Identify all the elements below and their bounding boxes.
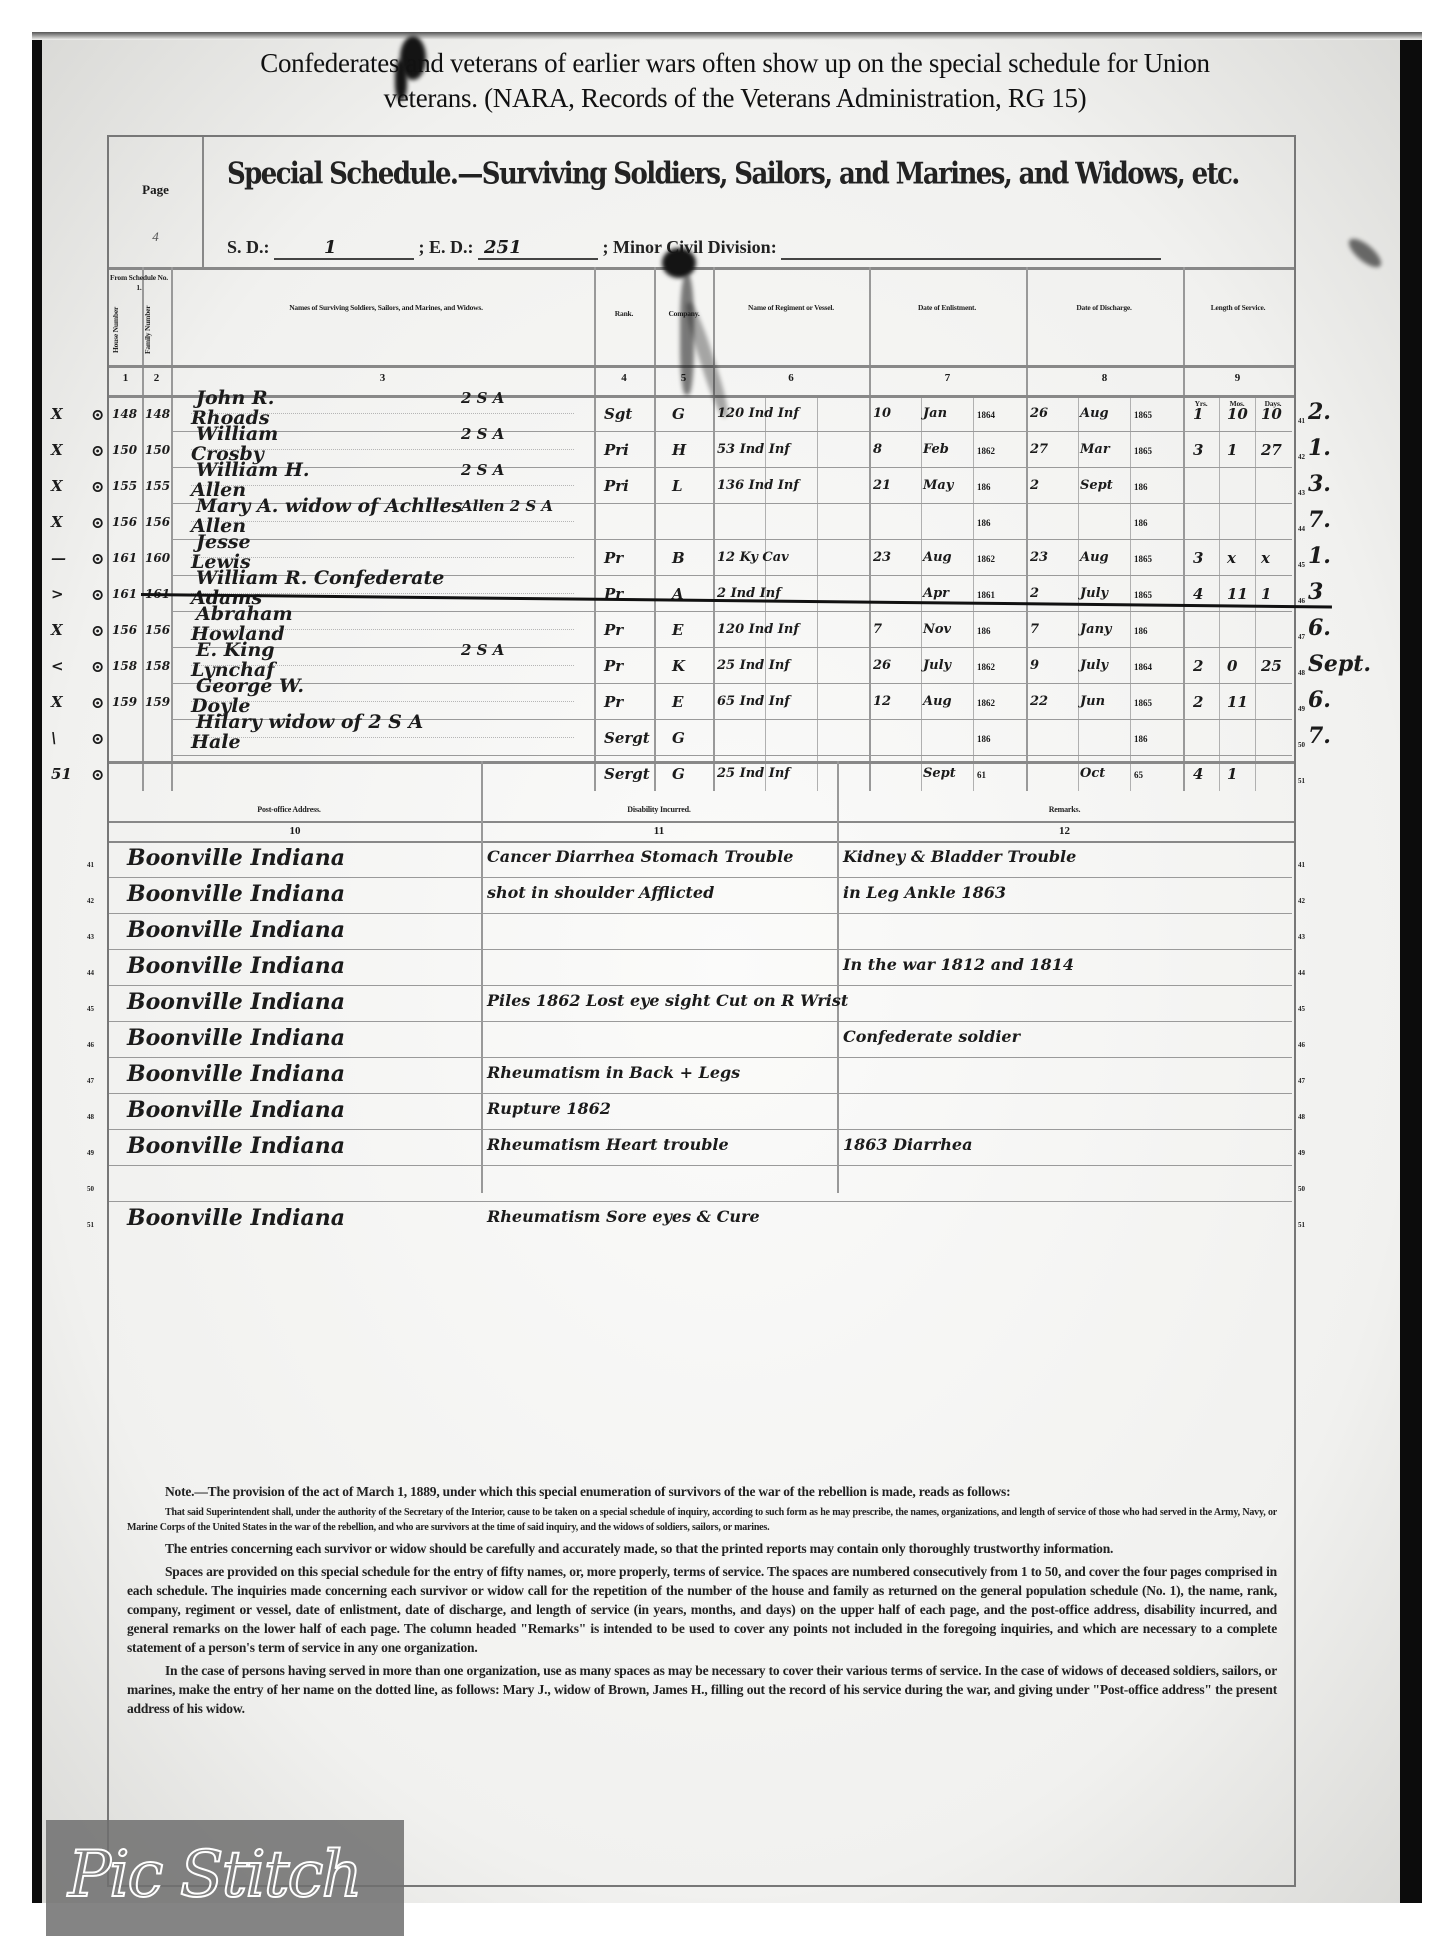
- service-months: 1: [1227, 441, 1237, 459]
- margin-mark: X: [51, 405, 63, 423]
- company: L: [672, 477, 683, 495]
- special-schedule-form: Page 4 Special Schedule.—Surviving Soldi…: [107, 135, 1296, 1887]
- row-number: 46: [1298, 1041, 1305, 1049]
- family-number: 156: [145, 515, 170, 529]
- enlistment-year: 186: [977, 734, 991, 744]
- discharge-year: 186: [1134, 482, 1148, 492]
- enlistment-day: 26: [873, 658, 891, 673]
- civil-division-field: [781, 237, 1161, 260]
- enlistment-day: 8: [873, 442, 882, 457]
- ed-value: 251: [478, 237, 598, 260]
- service-years: 2: [1193, 657, 1203, 675]
- service-days: 1: [1261, 585, 1271, 603]
- circle-mark: ⊙: [91, 477, 104, 496]
- header-discharge: Date of Discharge.: [1026, 303, 1182, 313]
- disability: shot in shoulder Afflicted: [487, 883, 714, 902]
- discharge-month: Aug: [1080, 406, 1109, 421]
- discharge-year: 186: [1134, 626, 1148, 636]
- page-cell: Page 4: [109, 137, 204, 267]
- row-number: 51: [87, 1221, 94, 1229]
- post-office-address: Boonville Indiana: [127, 1025, 345, 1051]
- right-margin-mark: 6.: [1308, 615, 1331, 641]
- row-number: 44: [1298, 969, 1305, 977]
- margin-mark: \: [51, 729, 56, 747]
- post-office-address: Boonville Indiana: [127, 881, 345, 907]
- rank: Pr: [604, 657, 623, 675]
- service-months: 1: [1227, 765, 1237, 783]
- column-number: 12: [837, 825, 1292, 837]
- row-number: 44: [87, 969, 94, 977]
- row-number: 45: [87, 1005, 94, 1013]
- right-margin-mark: 7.: [1308, 723, 1331, 749]
- row-number: 47: [1298, 633, 1305, 641]
- remarks: In the war 1812 and 1814: [843, 955, 1074, 974]
- row-number: 50: [1298, 1185, 1305, 1193]
- enlistment-month: Jan: [923, 406, 947, 421]
- company: E: [672, 693, 683, 711]
- circle-mark: ⊙: [91, 513, 104, 532]
- header-enlistment: Date of Enlistment.: [869, 303, 1025, 313]
- row-number: 47: [87, 1077, 94, 1085]
- table-row: 4949Boonville IndianaRheumatism Heart tr…: [109, 1129, 1292, 1165]
- enlistment-day: 23: [873, 550, 891, 565]
- discharge-year: 1864: [1134, 662, 1152, 672]
- circle-mark: ⊙: [91, 765, 104, 784]
- header-post-office: Post-office Address.: [189, 805, 389, 815]
- note-paragraph: That said Superintendent shall, under th…: [127, 1505, 1277, 1535]
- family-number: 160: [145, 551, 170, 565]
- rank: Pri: [604, 477, 629, 495]
- post-office-address: Boonville Indiana: [127, 1061, 345, 1087]
- service-years: 4: [1193, 585, 1203, 603]
- header-length: Length of Service.: [1183, 303, 1293, 313]
- entry-note: 2 S A: [461, 641, 504, 659]
- entry-note: 2 S A: [461, 425, 504, 443]
- given-name: John R.: [196, 387, 274, 409]
- discharge-month: Oct: [1080, 766, 1105, 781]
- disability: Rheumatism Sore eyes & Cure: [487, 1207, 760, 1226]
- given-name: William: [196, 423, 278, 445]
- row-number: 48: [1298, 669, 1305, 677]
- rank: Pr: [604, 621, 623, 639]
- enlistment-year: 1862: [977, 446, 995, 456]
- discharge-day: 23: [1030, 550, 1048, 565]
- discharge-day: 7: [1030, 622, 1039, 637]
- watermark-text: Pic Stitch: [68, 1838, 361, 1912]
- row-number: 46: [87, 1041, 94, 1049]
- row-number: 44: [1298, 525, 1305, 533]
- circle-mark: ⊙: [91, 405, 104, 424]
- column-number: 11: [481, 825, 837, 837]
- header-remarks: Remarks.: [837, 805, 1292, 815]
- post-office-address: Boonville Indiana: [127, 1133, 345, 1159]
- regiment: 12 Ky Cav: [717, 550, 789, 565]
- table-row: 4444Boonville IndianaIn the war 1812 and…: [109, 949, 1292, 985]
- given-name: George W.: [196, 675, 304, 697]
- enlistment-month: Apr: [923, 586, 949, 601]
- discharge-day: 27: [1030, 442, 1048, 457]
- header-from-schedule: From Schedule No. 1.: [109, 273, 169, 293]
- row-number: 47: [1298, 1077, 1305, 1085]
- row-number: 43: [1298, 489, 1305, 497]
- post-office-address: Boonville Indiana: [127, 1205, 345, 1231]
- column-number: 10: [109, 825, 481, 837]
- service-years: 1: [1193, 405, 1203, 423]
- instructions-note: Note.—The provision of the act of March …: [127, 1482, 1277, 1722]
- table-row: 4545Boonville IndianaPiles 1862 Lost eye…: [109, 985, 1292, 1021]
- enlistment-month: Sept: [923, 766, 956, 781]
- margin-mark: 51: [51, 765, 72, 783]
- enlistment-day: 21: [873, 478, 891, 493]
- right-margin-mark: Sept.: [1308, 651, 1371, 677]
- entry-note: 2 S A: [461, 461, 504, 479]
- margin-mark: X: [51, 693, 63, 711]
- table-row: X⊙156156AbrahamHowlandPrE120 Ind Inf7Nov…: [109, 611, 1292, 647]
- table-row: X⊙148148John R.Rhoads2 S ASgtG120 Ind In…: [109, 395, 1292, 431]
- header-names: Names of Surviving Soldiers, Sailors, an…: [261, 303, 511, 313]
- service-years: 4: [1193, 765, 1203, 783]
- circle-mark: ⊙: [91, 549, 104, 568]
- disability: Cancer Diarrhea Stomach Trouble: [487, 847, 793, 866]
- column-number: 7: [869, 372, 1026, 384]
- row-number: 50: [87, 1185, 94, 1193]
- discharge-day: 2: [1030, 478, 1039, 493]
- table-row: 4242Boonville Indianashot in shoulder Af…: [109, 877, 1292, 913]
- row-number: 41: [1298, 417, 1305, 425]
- house-number: 161: [112, 551, 137, 565]
- ed-label: ; E. D.:: [419, 237, 474, 258]
- company: E: [672, 621, 683, 639]
- company: K: [672, 657, 685, 675]
- form-title: Special Schedule.—Surviving Soldiers, Sa…: [227, 157, 1287, 192]
- given-name: Mary A. widow of Achlles: [196, 495, 462, 517]
- post-office-address: Boonville Indiana: [127, 845, 345, 871]
- column-number: 2: [142, 372, 171, 384]
- right-margin-mark: 7.: [1308, 507, 1331, 533]
- circle-mark: ⊙: [91, 693, 104, 712]
- circle-mark: ⊙: [91, 441, 104, 460]
- table-row: 4343Boonville Indiana: [109, 913, 1292, 949]
- enlistment-year: 1862: [977, 554, 995, 564]
- discharge-month: July: [1080, 586, 1108, 601]
- header-rank: Rank.: [594, 309, 654, 319]
- margin-mark: —: [51, 549, 66, 567]
- right-margin-mark: 1.: [1308, 543, 1331, 569]
- sd-value: 1: [274, 237, 414, 260]
- discharge-month: Jany: [1080, 622, 1112, 637]
- enlistment-month: Nov: [923, 622, 951, 637]
- discharge-month: Mar: [1080, 442, 1110, 457]
- service-months: 11: [1227, 585, 1248, 603]
- enlistment-day: 12: [873, 694, 891, 709]
- margin-mark: X: [51, 477, 63, 495]
- rank: Pr: [604, 693, 623, 711]
- row-number: 45: [1298, 561, 1305, 569]
- regiment: 25 Ind Inf: [717, 658, 790, 673]
- service-years: 3: [1193, 441, 1203, 459]
- company: B: [672, 549, 685, 567]
- regiment: 25 Ind Inf: [717, 766, 790, 781]
- note-paragraph: In the case of persons having served in …: [127, 1661, 1277, 1718]
- given-name: William H.: [196, 459, 309, 481]
- disability: Rheumatism in Back + Legs: [487, 1063, 740, 1082]
- discharge-year: 1865: [1134, 698, 1152, 708]
- company: G: [672, 765, 685, 783]
- discharge-day: 22: [1030, 694, 1048, 709]
- discharge-month: July: [1080, 658, 1108, 673]
- enlistment-month: Aug: [923, 550, 952, 565]
- disability: Piles 1862 Lost eye sight Cut on R Wrist: [487, 991, 848, 1010]
- enlistment-month: July: [923, 658, 951, 673]
- district-line: S. D.: 1 ; E. D.: 251 ; Minor Civil Divi…: [227, 237, 1287, 260]
- row-number: 42: [87, 897, 94, 905]
- family-number: 156: [145, 623, 170, 637]
- note-paragraph: The entries concerning each survivor or …: [127, 1539, 1277, 1558]
- circle-mark: ⊙: [91, 657, 104, 676]
- row-number: 45: [1298, 1005, 1305, 1013]
- enlistment-year: 186: [977, 482, 991, 492]
- given-name: William R. Confederate: [196, 567, 444, 589]
- header-house-number: House Number: [111, 302, 139, 357]
- scan-edge: [32, 32, 1422, 40]
- service-days: 25: [1261, 657, 1282, 675]
- family-number: 158: [145, 659, 170, 673]
- row-number: 50: [1298, 741, 1305, 749]
- table-row: 5151Boonville IndianaRheumatism Sore eye…: [109, 1201, 1292, 1237]
- table-row: \⊙Hilary widow of 2 S AHaleSergtG1861865…: [109, 719, 1292, 755]
- house-number: 156: [112, 515, 137, 529]
- regiment: 120 Ind Inf: [717, 406, 799, 421]
- circle-mark: ⊙: [91, 585, 104, 604]
- rank: Sergt: [604, 765, 650, 783]
- remarks: 1863 Diarrhea: [843, 1135, 972, 1154]
- right-margin-mark: 2.: [1308, 399, 1331, 425]
- page-number: 4: [109, 229, 202, 245]
- header-disability: Disability Incurred.: [481, 805, 837, 815]
- column-number: 1: [109, 372, 142, 384]
- margin-mark: X: [51, 441, 63, 459]
- row-number: 43: [1298, 933, 1305, 941]
- disability: Rupture 1862: [487, 1099, 611, 1118]
- discharge-year: 1865: [1134, 554, 1152, 564]
- discharge-year: 1865: [1134, 410, 1152, 420]
- column-number: 8: [1026, 372, 1183, 384]
- given-name: Jesse: [196, 531, 251, 553]
- row-number: 46: [1298, 597, 1305, 605]
- enlistment-year: 1862: [977, 698, 995, 708]
- post-office-address: Boonville Indiana: [127, 917, 345, 943]
- family-number: 148: [145, 407, 170, 421]
- margin-mark: <: [51, 657, 64, 675]
- row-number: 49: [1298, 1149, 1305, 1157]
- surname: Hale: [191, 731, 241, 753]
- row-number: 48: [87, 1113, 94, 1121]
- rank: Pri: [604, 441, 629, 459]
- table-row: 5050: [109, 1165, 1292, 1201]
- service-months: 10: [1227, 405, 1248, 423]
- house-number: 155: [112, 479, 137, 493]
- row-number: 41: [87, 861, 94, 869]
- company: G: [672, 729, 685, 747]
- header-family-number: Family Number: [143, 302, 171, 357]
- row-number: 51: [1298, 777, 1305, 785]
- lower-rule: [109, 761, 1294, 764]
- enlistment-year: 186: [977, 626, 991, 636]
- service-months: 0: [1227, 657, 1237, 675]
- house-number: 161: [112, 587, 137, 601]
- right-margin-mark: 1.: [1308, 435, 1331, 461]
- caption: Confederates and veterans of earlier war…: [250, 46, 1220, 116]
- row-number: 41: [1298, 861, 1305, 869]
- enlistment-year: 61: [977, 770, 986, 780]
- discharge-month: Aug: [1080, 550, 1109, 565]
- house-number: 159: [112, 695, 137, 709]
- service-years: 3: [1193, 549, 1203, 567]
- given-name: E. King: [196, 639, 275, 661]
- enlistment-day: 7: [873, 622, 882, 637]
- circle-mark: ⊙: [91, 621, 104, 640]
- rank: Pr: [604, 549, 623, 567]
- column-number: 3: [171, 372, 594, 384]
- enlistment-month: May: [923, 478, 953, 493]
- table-row: 4646Boonville IndianaConfederate soldier: [109, 1021, 1292, 1057]
- row-number: 42: [1298, 453, 1305, 461]
- post-office-address: Boonville Indiana: [127, 989, 345, 1015]
- row-number: 51: [1298, 1221, 1305, 1229]
- column-number: 9: [1183, 372, 1292, 384]
- service-months: x: [1227, 549, 1236, 567]
- discharge-day: 2: [1030, 586, 1039, 601]
- enlistment-year: 1864: [977, 410, 995, 420]
- right-margin-mark: 3: [1308, 579, 1323, 605]
- remarks: Kidney & Bladder Trouble: [843, 847, 1076, 866]
- remarks: in Leg Ankle 1863: [843, 883, 1006, 902]
- regiment: 65 Ind Inf: [717, 694, 790, 709]
- regiment: 53 Ind Inf: [717, 442, 790, 457]
- family-number: 155: [145, 479, 170, 493]
- company: G: [672, 405, 685, 423]
- note-paragraph: Spaces are provided on this special sche…: [127, 1562, 1277, 1657]
- remarks: Confederate soldier: [843, 1027, 1020, 1046]
- sd-label: S. D.:: [227, 237, 270, 258]
- row-number: 49: [87, 1149, 94, 1157]
- table-row: 4141Boonville IndianaCancer Diarrhea Sto…: [109, 841, 1292, 877]
- service-years: 2: [1193, 693, 1203, 711]
- table-row: 4848Boonville IndianaRupture 1862: [109, 1093, 1292, 1129]
- regiment: 136 Ind Inf: [717, 478, 799, 493]
- family-number: 150: [145, 443, 170, 457]
- row-number: 42: [1298, 897, 1305, 905]
- service-months: 11: [1227, 693, 1248, 711]
- entry-note: Allen 2 S A: [461, 497, 553, 515]
- row-number: 43: [87, 933, 94, 941]
- divider: [109, 267, 1294, 270]
- house-number: 148: [112, 407, 137, 421]
- column-number: 4: [594, 372, 654, 384]
- pic-stitch-watermark: Pic Stitch: [46, 1820, 404, 1936]
- note-paragraph: Note.—The provision of the act of March …: [127, 1482, 1277, 1501]
- enlistment-year: 186: [977, 518, 991, 528]
- post-office-address: Boonville Indiana: [127, 1097, 345, 1123]
- given-name: Hilary widow of 2 S A: [196, 711, 423, 733]
- row-number: 49: [1298, 705, 1305, 713]
- page-label: Page: [109, 182, 202, 198]
- circle-mark: ⊙: [91, 729, 104, 748]
- discharge-year: 1865: [1134, 590, 1152, 600]
- margin-mark: >: [51, 585, 64, 603]
- discharge-day: 26: [1030, 406, 1048, 421]
- enlistment-month: Aug: [923, 694, 952, 709]
- post-office-address: Boonville Indiana: [127, 953, 345, 979]
- service-days: 27: [1261, 441, 1282, 459]
- discharge-day: 9: [1030, 658, 1039, 673]
- ink-stain: [662, 248, 696, 278]
- house-number: 156: [112, 623, 137, 637]
- house-number: 150: [112, 443, 137, 457]
- enlistment-year: 1862: [977, 662, 995, 672]
- right-margin-mark: 6.: [1308, 687, 1331, 713]
- family-number: 159: [145, 695, 170, 709]
- rank: Sgt: [604, 405, 632, 423]
- margin-mark: X: [51, 513, 63, 531]
- enlistment-month: Feb: [923, 442, 949, 457]
- discharge-year: 186: [1134, 518, 1148, 528]
- rank: Sergt: [604, 729, 650, 747]
- regiment: 120 Ind Inf: [717, 622, 799, 637]
- service-days: x: [1261, 549, 1270, 567]
- header-regiment: Name of Regiment or Vessel.: [713, 303, 869, 313]
- discharge-year: 1865: [1134, 446, 1152, 456]
- row-number: 48: [1298, 1113, 1305, 1121]
- given-name: Abraham: [196, 603, 293, 625]
- service-days: 10: [1261, 405, 1282, 423]
- table-row: X⊙156156Mary A. widow of AchllesAllenAll…: [109, 503, 1292, 539]
- table-row: 4747Boonville IndianaRheumatism in Back …: [109, 1057, 1292, 1093]
- margin-mark: X: [51, 621, 63, 639]
- entry-note: 2 S A: [461, 389, 504, 407]
- discharge-month: Jun: [1080, 694, 1105, 709]
- company: H: [672, 441, 686, 459]
- lower-rule: [109, 821, 1294, 823]
- disability: Rheumatism Heart trouble: [487, 1135, 729, 1154]
- discharge-year: 186: [1134, 734, 1148, 744]
- discharge-month: Sept: [1080, 478, 1113, 493]
- enlistment-day: 10: [873, 406, 891, 421]
- house-number: 158: [112, 659, 137, 673]
- column-number: 6: [713, 372, 869, 384]
- discharge-year: 65: [1134, 770, 1143, 780]
- right-margin-mark: 3.: [1308, 471, 1331, 497]
- enlistment-year: 1861: [977, 590, 995, 600]
